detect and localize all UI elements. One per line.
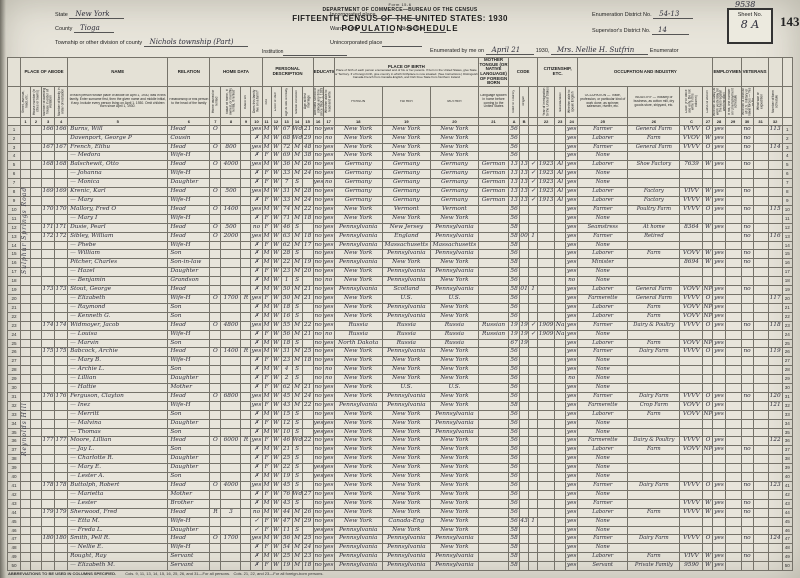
cell-dw xyxy=(42,277,55,286)
cell-occ: Farmer xyxy=(578,125,628,134)
cell-cw: W xyxy=(703,223,713,232)
cell-mar: S xyxy=(292,250,302,259)
cell-bp: New York xyxy=(334,134,382,143)
cell-own xyxy=(210,517,221,526)
cell-own: R xyxy=(210,508,221,517)
cell-bpm: New York xyxy=(430,312,478,321)
column-label-imm: Year of immigration to the United States xyxy=(543,87,550,116)
cell-agem: 21 xyxy=(302,286,313,295)
cell-eng: yes xyxy=(566,517,578,526)
cell-imm xyxy=(538,490,555,499)
cell-bpm: New York xyxy=(430,277,478,286)
cell-c2 xyxy=(520,357,529,366)
cell-c2: 13 xyxy=(520,161,529,170)
cell-cw: W xyxy=(703,553,713,562)
cell-c1: 58 xyxy=(509,232,520,241)
cell-sex: F xyxy=(262,562,271,571)
cell-fsch xyxy=(768,473,782,482)
cell-mar: S xyxy=(292,303,302,312)
cell-ln2: 25 xyxy=(782,339,792,348)
cell-ln: 48 xyxy=(8,544,21,553)
cell-ocode xyxy=(680,214,703,223)
cell-rel: Son xyxy=(168,250,210,259)
cell-mar: S xyxy=(292,473,302,482)
cell-bpf: New York xyxy=(382,259,430,268)
cell-age: 67 xyxy=(281,125,292,134)
cell-tongue xyxy=(479,455,509,464)
cell-sch: no xyxy=(313,259,323,268)
cell-cw xyxy=(703,490,713,499)
cell-ln2: 18 xyxy=(782,277,792,286)
cell-nat xyxy=(555,428,566,437)
cell-sex: M xyxy=(262,250,271,259)
cell-sch: no xyxy=(313,197,323,206)
cell-ind: Dairy Farm xyxy=(628,392,680,401)
cell-agem: 24 xyxy=(302,392,313,401)
cell-cw xyxy=(703,464,713,473)
cell-mar: S xyxy=(292,223,302,232)
cell-eng: yes xyxy=(566,286,578,295)
cell-sex: M xyxy=(262,321,271,330)
cell-ln2: 8 xyxy=(782,188,792,197)
cell-ind: Retired xyxy=(628,232,680,241)
cell-fsch xyxy=(768,223,782,232)
ed-field: Enumeration District No. 54-13 xyxy=(592,10,693,18)
township-value: Nichols township (Part) xyxy=(144,38,248,47)
cell-val xyxy=(221,455,241,464)
cell-war xyxy=(753,294,768,303)
cell-c3: ✓ xyxy=(529,170,538,179)
cell-ln: 47 xyxy=(8,535,21,544)
cell-cw xyxy=(703,544,713,553)
cell-ln2: 16 xyxy=(782,259,792,268)
column-group-desc: Place of birth of each person enumerated… xyxy=(335,69,478,78)
cell-work xyxy=(713,268,725,277)
cell-farm: yes xyxy=(251,482,262,491)
column-number-eng: 24 xyxy=(566,117,578,125)
cell-agem xyxy=(302,312,313,321)
cell-rw: yes xyxy=(323,482,334,491)
cell-c2 xyxy=(520,250,529,259)
cell-fsch xyxy=(768,499,782,508)
cell-dw xyxy=(42,428,55,437)
cell-work: yes xyxy=(713,294,725,303)
cell-age: 56 xyxy=(281,330,292,339)
cell-sch: no xyxy=(313,410,323,419)
cell-c2 xyxy=(520,464,529,473)
cell-bpm: New York xyxy=(430,455,478,464)
cell-unemp xyxy=(725,330,741,339)
cell-sex: F xyxy=(262,419,271,428)
cell-farm: ✗ xyxy=(251,366,262,375)
cell-name: Pitcher, Charles xyxy=(68,259,168,268)
cell-farm: ✗ xyxy=(251,357,262,366)
cell-c3 xyxy=(529,446,538,455)
column-number-radio: 9 xyxy=(241,117,251,125)
cell-eng: yes xyxy=(566,526,578,535)
cell-work: yes xyxy=(713,125,725,134)
cell-unemp xyxy=(725,277,741,286)
cell-ind xyxy=(628,366,680,375)
cell-bpf: New York xyxy=(382,446,430,455)
institution-label: Institution xyxy=(262,49,283,55)
cell-c1: 56 xyxy=(509,357,520,366)
cell-fam xyxy=(55,250,68,259)
cell-race: W xyxy=(271,392,281,401)
cell-c1: 56 xyxy=(509,410,520,419)
cell-ocode xyxy=(680,357,703,366)
cell-sch: no xyxy=(313,214,323,223)
cell-nat: Na xyxy=(555,321,566,330)
cell-cw: W xyxy=(703,134,713,143)
cell-war xyxy=(753,259,768,268)
cell-c3: 1 xyxy=(529,232,538,241)
cell-rw: yes xyxy=(323,205,334,214)
cell-fsch: 118 xyxy=(768,321,782,330)
cell-sex: F xyxy=(262,294,271,303)
cell-dw xyxy=(42,446,55,455)
cell-radio xyxy=(241,197,251,206)
county-value: Tioga xyxy=(74,24,114,33)
cell-ind xyxy=(628,214,680,223)
cell-race: W xyxy=(271,188,281,197)
column-label-own: Home owned or rented xyxy=(212,87,219,116)
cell-tongue xyxy=(479,214,509,223)
cell-farm: yes xyxy=(251,535,262,544)
cell-c1: 56 xyxy=(509,446,520,455)
cell-house xyxy=(31,544,42,553)
cell-fam: 167 xyxy=(55,143,68,152)
cell-radio xyxy=(241,384,251,393)
cell-occ: None xyxy=(578,384,628,393)
cell-house xyxy=(31,357,42,366)
cell-c2 xyxy=(520,214,529,223)
cell-radio xyxy=(241,170,251,179)
cell-nat xyxy=(555,553,566,562)
cell-ind xyxy=(628,277,680,286)
cell-val xyxy=(221,170,241,179)
cell-ind: Poultry Farm xyxy=(628,205,680,214)
cell-unemp xyxy=(725,348,741,357)
cell-c1: 56 xyxy=(509,348,520,357)
cell-imm xyxy=(538,401,555,410)
cell-fam xyxy=(55,446,68,455)
cell-occ: Farmer xyxy=(578,321,628,330)
cell-ind: Dairy Farm xyxy=(628,348,680,357)
column-number-c1: A xyxy=(509,117,520,125)
cell-unemp xyxy=(725,428,741,437)
cell-occ: None xyxy=(578,473,628,482)
column-number-c3 xyxy=(529,117,538,125)
cell-cw xyxy=(703,366,713,375)
column-label-c1: State or country xyxy=(512,90,515,113)
cell-c2 xyxy=(520,508,529,517)
cell-c2: 13 xyxy=(520,170,529,179)
cell-vet xyxy=(741,268,753,277)
cell-nat xyxy=(555,366,566,375)
cell-c3 xyxy=(529,535,538,544)
cell-house xyxy=(31,232,42,241)
cell-bpf: Scotland xyxy=(382,286,430,295)
cell-fam xyxy=(55,384,68,393)
cell-name: — Mary I xyxy=(68,214,168,223)
cell-vet: no xyxy=(741,446,753,455)
cell-ocode: 8694 xyxy=(680,259,703,268)
cell-nat xyxy=(555,250,566,259)
cell-farm: ✗ xyxy=(251,446,262,455)
cell-mar: M xyxy=(292,170,302,179)
cell-dw: 174 xyxy=(42,321,55,330)
cell-age: 68 xyxy=(281,134,292,143)
cell-race: W xyxy=(271,134,281,143)
cell-radio xyxy=(241,464,251,473)
cell-mar: Wd xyxy=(292,437,302,446)
column-label-rw: Whether able to read and write xyxy=(325,87,332,116)
column-group-personal-description: PERSONAL DESCRIPTION xyxy=(262,58,313,87)
cell-fsch xyxy=(768,339,782,348)
table-row: 50— Elizabeth M.Servant✗FW19M18noyesPenn… xyxy=(8,562,793,571)
cell-dw xyxy=(42,152,55,161)
cell-eng: yes xyxy=(566,125,578,134)
cell-mar: M xyxy=(292,294,302,303)
sheet-value: 8 A xyxy=(729,18,771,31)
cell-sch: no xyxy=(313,366,323,375)
cell-work xyxy=(713,428,725,437)
cell-age: 74 xyxy=(281,205,292,214)
cell-own xyxy=(210,473,221,482)
cell-ln: 1 xyxy=(8,125,21,134)
cell-fsch: 119 xyxy=(768,348,782,357)
cell-sch: no xyxy=(313,303,323,312)
cell-rel: Wife-H xyxy=(168,401,210,410)
cell-cw: NP xyxy=(703,410,713,419)
cell-val: 2000 xyxy=(221,232,241,241)
table-row: 33— MerrittSon✗MW15SnoyesNew YorkNew Yor… xyxy=(8,410,793,419)
cell-ln2: 46 xyxy=(782,526,792,535)
cell-mar: M xyxy=(292,232,302,241)
cell-cw xyxy=(703,455,713,464)
cell-sch: no xyxy=(313,544,323,553)
cell-fsch: 124 xyxy=(768,535,782,544)
cell-name: — Freda L. xyxy=(68,526,168,535)
cell-name: — Archie L. xyxy=(68,366,168,375)
cell-ln2: 9 xyxy=(782,197,792,206)
cell-nat xyxy=(555,410,566,419)
table-row: 3167167French, ElihuHeadO800yesMW72M48no… xyxy=(8,143,793,152)
cell-fsch: 120 xyxy=(768,392,782,401)
cell-mar: S xyxy=(292,410,302,419)
cell-c3 xyxy=(529,268,538,277)
cell-ind: Farm xyxy=(628,250,680,259)
cell-bpm: New York xyxy=(430,143,478,152)
cell-bpm: New York xyxy=(430,125,478,134)
cell-val xyxy=(221,277,241,286)
cell-age: 43 xyxy=(281,499,292,508)
cell-c1: 58 xyxy=(509,535,520,544)
cell-bpf: New Jersey xyxy=(382,223,430,232)
cell-house xyxy=(31,410,42,419)
cell-c1: 19 xyxy=(509,330,520,339)
cell-tongue xyxy=(479,419,509,428)
cell-work xyxy=(713,214,725,223)
cell-tongue xyxy=(479,508,509,517)
cell-agem: 17 xyxy=(302,241,313,250)
cell-c1: 56 xyxy=(509,508,520,517)
cell-sch: no xyxy=(313,268,323,277)
cell-imm xyxy=(538,259,555,268)
column-group-employment: EMPLOYMENT xyxy=(713,58,741,87)
cell-dw xyxy=(42,410,55,419)
cell-bpm: Pennsylvania xyxy=(430,232,478,241)
table-row: 32— InezWife-HyesFW43M22noyesPennsylvani… xyxy=(8,401,793,410)
cell-tongue: German xyxy=(479,197,509,206)
cell-val xyxy=(221,553,241,562)
cell-nat xyxy=(555,535,566,544)
cell-ln2: 19 xyxy=(782,286,792,295)
cell-nat xyxy=(555,232,566,241)
cell-street xyxy=(21,321,31,330)
cell-bp: Pennsylvania xyxy=(334,553,382,562)
cell-fsch xyxy=(768,250,782,259)
cell-vet: no xyxy=(741,250,753,259)
cell-tongue xyxy=(479,544,509,553)
cell-cw: W xyxy=(703,562,713,571)
cell-c1: 56 xyxy=(509,392,520,401)
cell-ln: 14 xyxy=(8,241,21,250)
cell-c3 xyxy=(529,277,538,286)
table-row: 21— RaymondSon✗MW18SnoyesNew YorkPennsyl… xyxy=(8,303,793,312)
cell-fam: 180 xyxy=(55,535,68,544)
cell-eng: yes xyxy=(566,303,578,312)
cell-race: W xyxy=(271,490,281,499)
cell-ind: Farm xyxy=(628,312,680,321)
cell-farm: ✗ xyxy=(251,197,262,206)
cell-house xyxy=(31,197,42,206)
column-label-farm: Does this family live on a farm? xyxy=(253,87,260,116)
cell-tongue xyxy=(479,303,509,312)
table-row: 37— Jay L.Son✗MW21SnoyesNew YorkNew York… xyxy=(8,446,793,455)
column-number-mar: 14 xyxy=(292,117,302,125)
cell-ocode: VVVV xyxy=(680,392,703,401)
cell-imm: 1923 xyxy=(538,170,555,179)
cell-occ: None xyxy=(578,428,628,437)
cell-ind: Factory xyxy=(628,188,680,197)
cell-imm xyxy=(538,535,555,544)
cell-bpf: New York xyxy=(382,375,430,384)
cell-war xyxy=(753,214,768,223)
cell-house xyxy=(31,268,42,277)
cell-ocode: VVVV xyxy=(680,508,703,517)
cell-mar: M xyxy=(292,286,302,295)
column-header-name: of each person whose place of abode on A… xyxy=(68,86,168,117)
column-header-unemp: If not, line number on Unemployment sche… xyxy=(725,86,741,117)
cell-fsch xyxy=(768,152,782,161)
cell-age: 19 xyxy=(281,473,292,482)
cell-bpm: Germany xyxy=(430,188,478,197)
cell-bp: New York xyxy=(334,125,382,134)
cell-tongue xyxy=(479,259,509,268)
cell-sch: no xyxy=(313,392,323,401)
cell-c2 xyxy=(520,134,529,143)
cell-bpf: U.S. xyxy=(382,384,430,393)
cell-age: 12 xyxy=(281,419,292,428)
cell-val: 6800 xyxy=(221,392,241,401)
cell-val xyxy=(221,303,241,312)
cell-bpm: Russia xyxy=(430,339,478,348)
cell-c2: 01 xyxy=(520,286,529,295)
cell-cw: O xyxy=(703,143,713,152)
table-row: 46— Freda L.Daughter✓FW11SyesyesPennsylv… xyxy=(8,526,793,535)
cell-war xyxy=(753,517,768,526)
cell-unemp xyxy=(725,446,741,455)
cell-dw xyxy=(42,499,55,508)
cell-val: 1400 xyxy=(221,348,241,357)
cell-bpm: Pennsylvania xyxy=(430,410,478,419)
column-header-own: Home owned or rented xyxy=(210,86,221,117)
cell-imm xyxy=(538,482,555,491)
cell-nat xyxy=(555,294,566,303)
cell-fsch xyxy=(768,277,782,286)
cell-sch: no xyxy=(313,250,323,259)
cell-rel: Son xyxy=(168,366,210,375)
cell-agem: 26 xyxy=(302,161,313,170)
cell-name: — William xyxy=(68,250,168,259)
cell-tongue xyxy=(479,464,509,473)
cell-sch: no xyxy=(313,490,323,499)
table-row: 27— Mary B.Wife-H✗FW23M18noyesNew YorkNe… xyxy=(8,357,793,366)
cell-radio xyxy=(241,535,251,544)
cell-unemp xyxy=(725,499,741,508)
cell-fam: 176 xyxy=(55,392,68,401)
cell-mar: M xyxy=(292,143,302,152)
cell-age: 2 xyxy=(281,375,292,384)
cell-ind xyxy=(628,241,680,250)
column-label-sch: Attended school or college any time sinc… xyxy=(314,87,324,116)
cell-sch: no xyxy=(313,223,323,232)
cell-imm xyxy=(538,205,555,214)
cell-rel: Son xyxy=(168,410,210,419)
column-header-dw: Number of dwelling house in order of vis… xyxy=(42,86,55,117)
cell-c1: 56 xyxy=(509,205,520,214)
cell-unemp xyxy=(725,357,741,366)
cell-imm xyxy=(538,392,555,401)
column-number-name: 5 xyxy=(68,117,168,125)
cell-radio xyxy=(241,143,251,152)
cell-rel: Wife-H xyxy=(168,294,210,303)
cell-ln2: 17 xyxy=(782,268,792,277)
cell-age: 71 xyxy=(281,214,292,223)
cell-war xyxy=(753,197,768,206)
cell-c3 xyxy=(529,303,538,312)
cell-radio xyxy=(241,321,251,330)
cell-eng: yes xyxy=(566,214,578,223)
cell-eng: yes xyxy=(566,330,578,339)
cell-c1: 56 xyxy=(509,134,520,143)
cell-mar: M xyxy=(292,152,302,161)
column-number-fam: 4 xyxy=(55,117,68,125)
column-header-age: Age at last birthday xyxy=(281,86,292,117)
cell-occ: Laborer xyxy=(578,312,628,321)
cell-bpm: New York xyxy=(430,490,478,499)
column-header-rel: Relationship of this person to the head … xyxy=(168,86,210,117)
cell-work: yes xyxy=(713,437,725,446)
cell-bp: Germany xyxy=(334,179,382,188)
block-label: Block No. xyxy=(400,26,424,32)
cell-vet xyxy=(741,277,753,286)
cell-ln: 9 xyxy=(8,197,21,206)
cell-radio xyxy=(241,125,251,134)
column-header-work: Whether actually at work yesterday (or t… xyxy=(713,86,725,117)
